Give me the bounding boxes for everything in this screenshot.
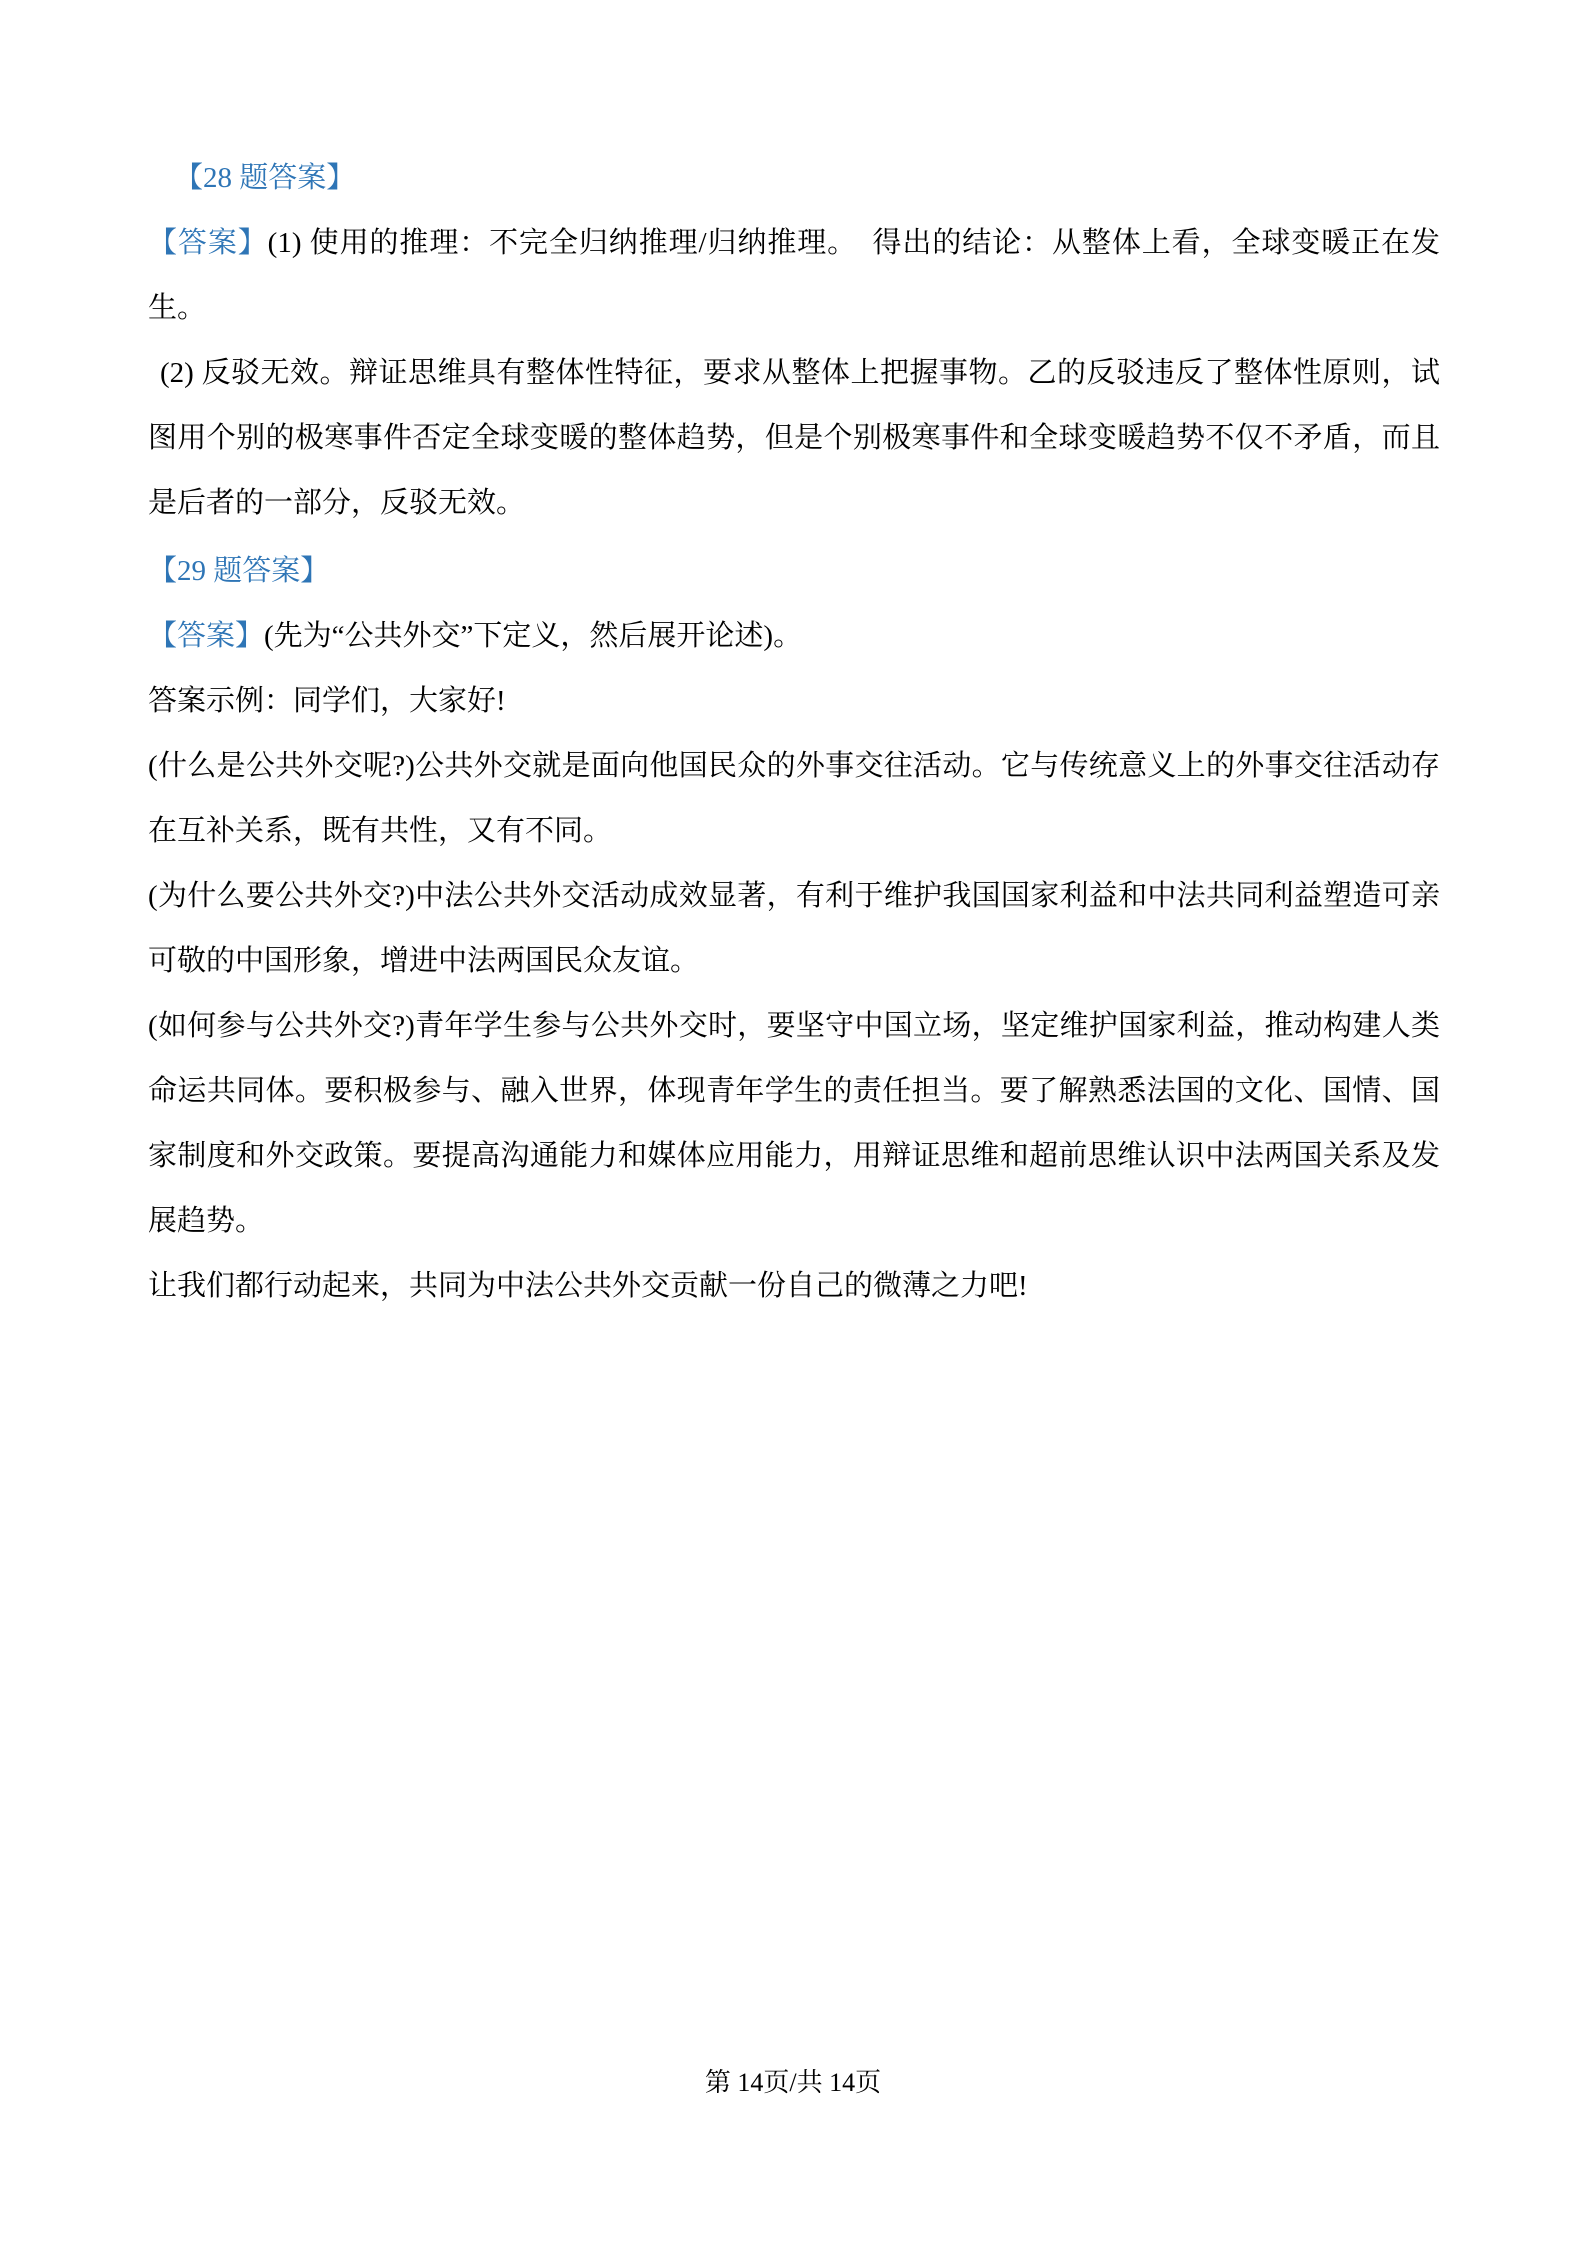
answer-29-paragraph: (什么是公共外交呢?)公共外交就是面向他国民众的外事交往活动。它与传统意义上的外… [148, 734, 1440, 864]
answer-28-part2-paragraph: (2) 反驳无效。辩证思维具有整体性特征，要求从整体上把握事物。乙的反驳违反了整… [148, 341, 1440, 536]
answer-29-paragraph: (如何参与公共外交?)青年学生参与公共外交时，要坚守中国立场，坚定维护国家利益，… [148, 994, 1440, 1254]
answer-29-paragraph: 让我们都行动起来，共同为中法公共外交贡献一份自己的微薄之力吧! [148, 1254, 1440, 1319]
answer-label: 【答案】 [148, 620, 264, 652]
answer-heading-28: 【28 题答案】 [148, 146, 1440, 211]
document-page: 【28 题答案】 【答案】(1) 使用的推理：不完全归纳推理/归纳推理。 得出的… [0, 0, 1586, 2244]
answer-29-paragraph: 答案示例：同学们，大家好! [148, 669, 1440, 734]
answer-label: 【答案】 [148, 227, 268, 259]
answer-28-part1-paragraph: 【答案】(1) 使用的推理：不完全归纳推理/归纳推理。 得出的结论：从整体上看，… [148, 211, 1440, 341]
answer-28-part1-text: (1) 使用的推理：不完全归纳推理/归纳推理。 得出的结论：从整体上看，全球变暖… [148, 227, 1440, 324]
answer-29-intro-text: (先为“公共外交”下定义，然后展开论述)。 [264, 620, 802, 652]
answer-29-paragraph: (为什么要公共外交?)中法公共外交活动成效显著，有利于维护我国国家利益和中法共同… [148, 864, 1440, 994]
answer-heading-29: 【29 题答案】 [148, 539, 1440, 604]
answer-29-intro-paragraph: 【答案】(先为“公共外交”下定义，然后展开论述)。 [148, 604, 1440, 669]
document-content: 【28 题答案】 【答案】(1) 使用的推理：不完全归纳推理/归纳推理。 得出的… [148, 143, 1440, 1319]
page-number-footer: 第 14页/共 14页 [0, 2066, 1586, 2100]
